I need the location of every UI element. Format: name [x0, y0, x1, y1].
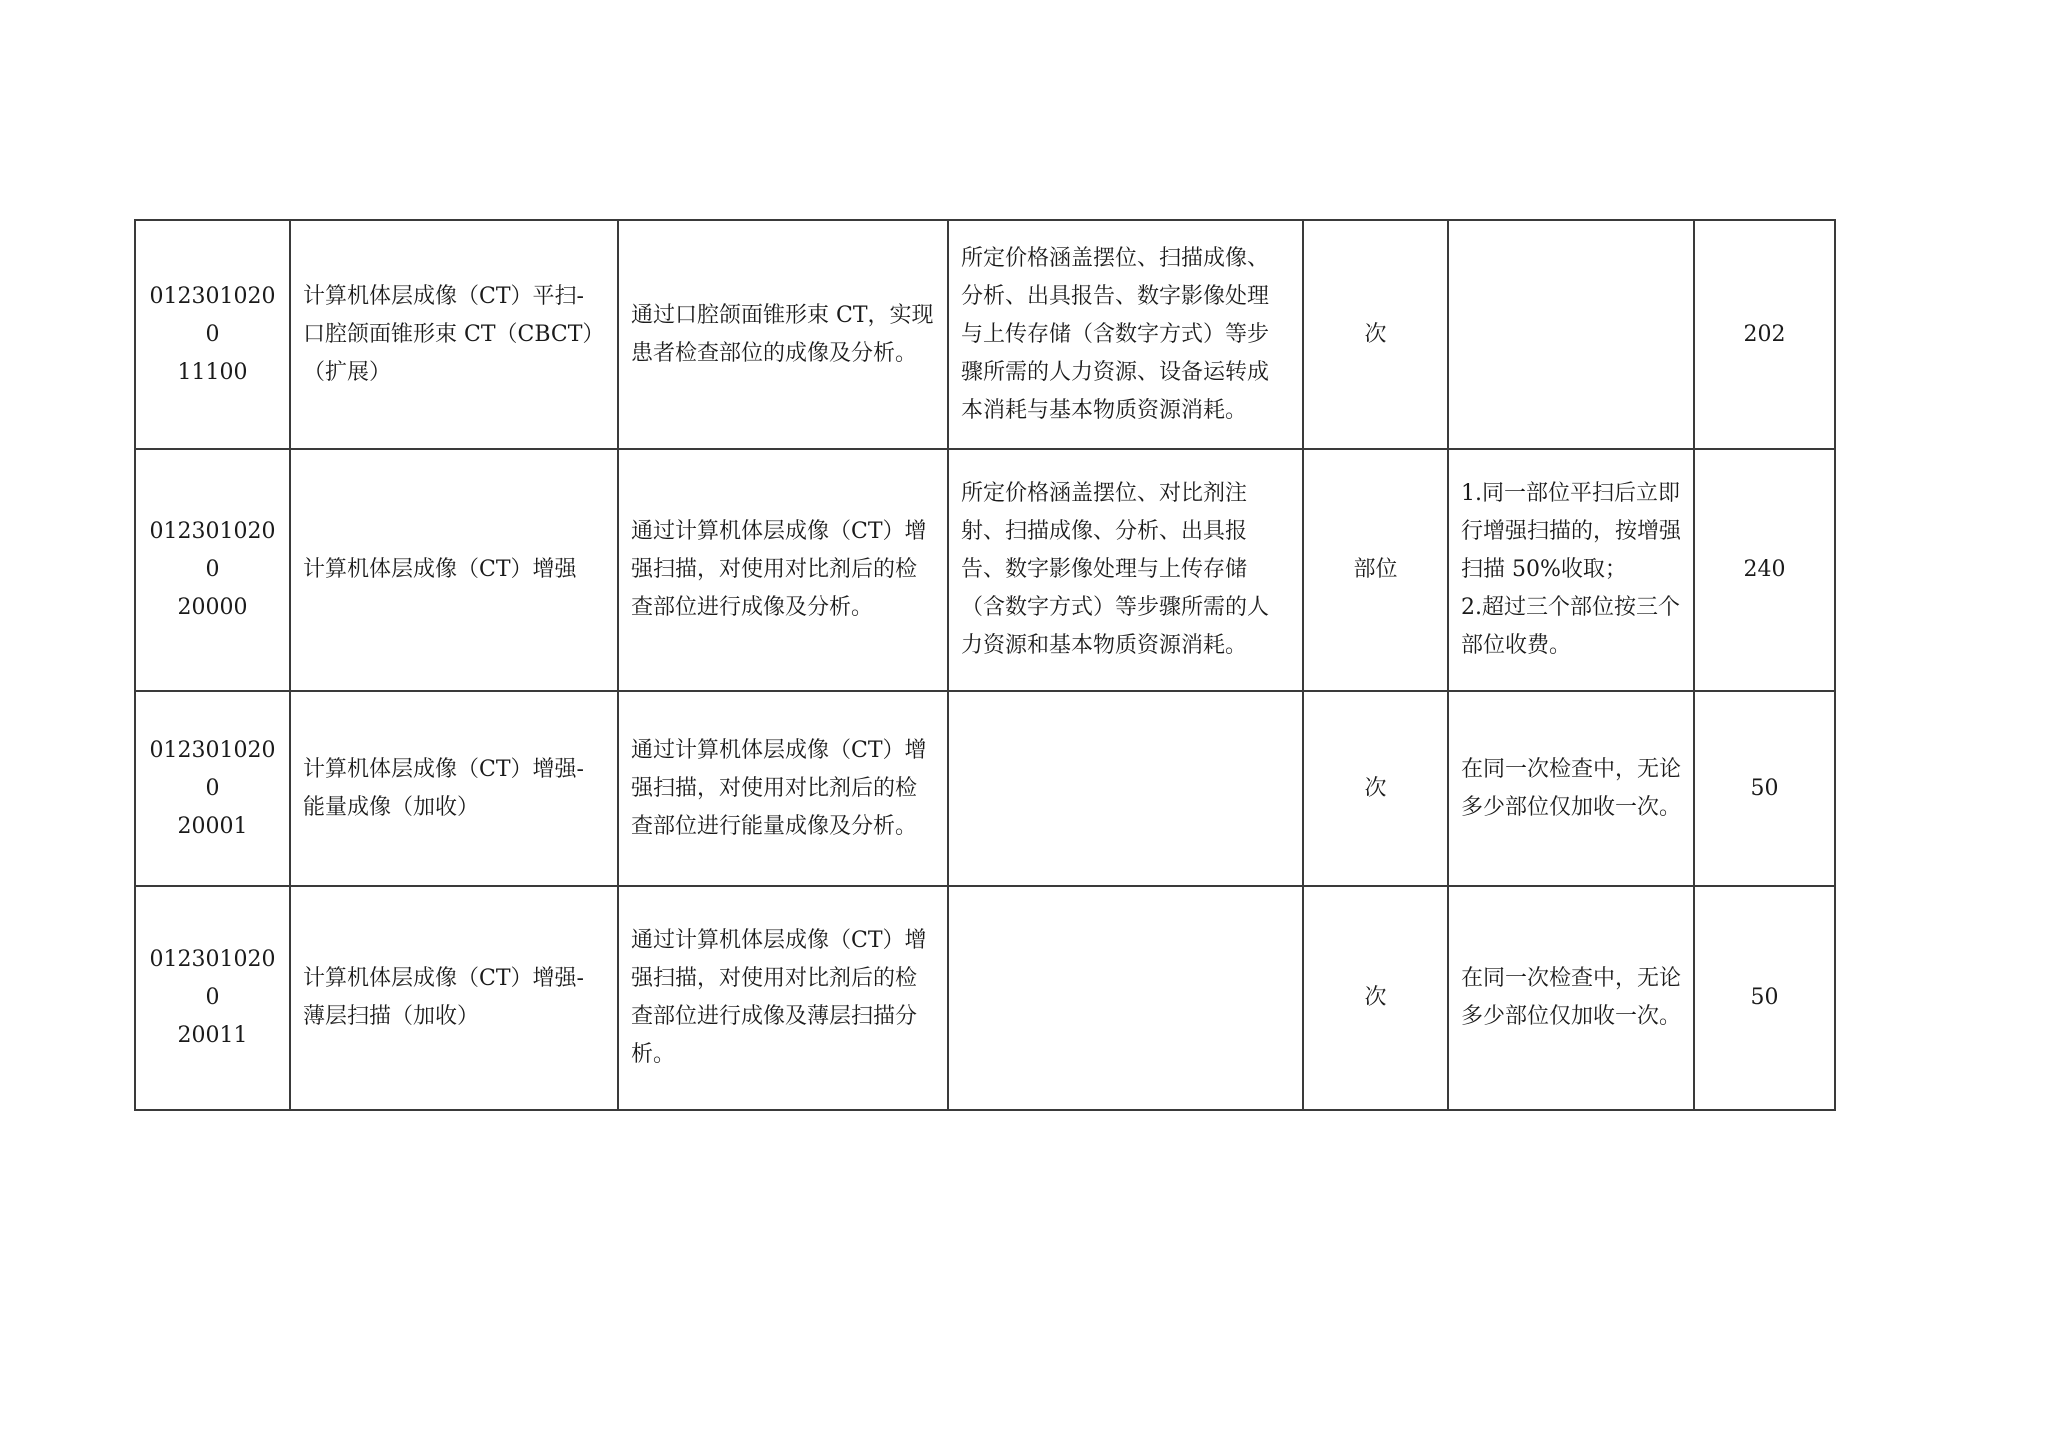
item-name-cell: 计算机体层成像（CT）增强: [290, 449, 618, 691]
cost-scope-cell: 所定价格涵盖摆位、扫描成像、分析、出具报告、数字影像处理与上传存储（含数字方式）…: [948, 220, 1303, 449]
cost-scope-cell: [948, 691, 1303, 886]
item-name-cell: 计算机体层成像（CT）增强-薄层扫描（加收）: [290, 886, 618, 1110]
note-cell: [1448, 220, 1694, 449]
pricing-unit-cell: 次: [1303, 220, 1448, 449]
price-cell: 50: [1694, 886, 1835, 1110]
note-line-1: 在同一次检查中，无论多少部位仅加收一次。: [1461, 960, 1681, 1036]
item-code-cell: 0123010200 11100: [135, 220, 290, 449]
note-cell: 在同一次检查中，无论多少部位仅加收一次。: [1448, 691, 1694, 886]
item-name-cell: 计算机体层成像（CT）增强-能量成像（加收）: [290, 691, 618, 886]
document-page: 0123010200 11100 计算机体层成像（CT）平扫-口腔颌面锥形束 C…: [0, 0, 2048, 1448]
service-content-cell: 通过计算机体层成像（CT）增强扫描，对使用对比剂后的检查部位进行成像及分析。: [618, 449, 948, 691]
note-line-1: 在同一次检查中，无论多少部位仅加收一次。: [1461, 751, 1681, 827]
item-code-cell: 0123010200 20001: [135, 691, 290, 886]
table-row: 0123010200 20000 计算机体层成像（CT）增强 通过计算机体层成像…: [135, 449, 1835, 691]
table-row: 0123010200 20001 计算机体层成像（CT）增强-能量成像（加收） …: [135, 691, 1835, 886]
item-code-cell: 0123010200 20000: [135, 449, 290, 691]
item-code-part1: 0123010200: [148, 513, 277, 589]
cost-scope-cell: [948, 886, 1303, 1110]
service-content-cell: 通过口腔颌面锥形束 CT，实现患者检查部位的成像及分析。: [618, 220, 948, 449]
cost-scope-cell: 所定价格涵盖摆位、对比剂注射、扫描成像、分析、出具报告、数字影像处理与上传存储（…: [948, 449, 1303, 691]
service-content-cell: 通过计算机体层成像（CT）增强扫描，对使用对比剂后的检查部位进行成像及薄层扫描分…: [618, 886, 948, 1110]
pricing-unit-cell: 部位: [1303, 449, 1448, 691]
item-code-part2: 20011: [148, 1017, 277, 1055]
price-cell: 202: [1694, 220, 1835, 449]
item-name-cell: 计算机体层成像（CT）平扫-口腔颌面锥形束 CT（CBCT）（扩展）: [290, 220, 618, 449]
pricing-unit-cell: 次: [1303, 691, 1448, 886]
price-cell: 240: [1694, 449, 1835, 691]
item-code-part1: 0123010200: [148, 941, 277, 1017]
item-code-part1: 0123010200: [148, 278, 277, 354]
service-content-cell: 通过计算机体层成像（CT）增强扫描，对使用对比剂后的检查部位进行能量成像及分析。: [618, 691, 948, 886]
item-code-part1: 0123010200: [148, 732, 277, 808]
note-cell: 1.同一部位平扫后立即行增强扫描的，按增强扫描 50%收取； 2.超过三个部位按…: [1448, 449, 1694, 691]
note-line-1: 1.同一部位平扫后立即行增强扫描的，按增强扫描 50%收取；: [1461, 475, 1681, 589]
table-row: 0123010200 20011 计算机体层成像（CT）增强-薄层扫描（加收） …: [135, 886, 1835, 1110]
pricing-unit-cell: 次: [1303, 886, 1448, 1110]
note-cell: 在同一次检查中，无论多少部位仅加收一次。: [1448, 886, 1694, 1110]
medical-service-price-table: 0123010200 11100 计算机体层成像（CT）平扫-口腔颌面锥形束 C…: [134, 219, 1836, 1111]
item-code-part2: 20001: [148, 808, 277, 846]
item-code-part2: 20000: [148, 589, 277, 627]
item-code-cell: 0123010200 20011: [135, 886, 290, 1110]
price-cell: 50: [1694, 691, 1835, 886]
table-row: 0123010200 11100 计算机体层成像（CT）平扫-口腔颌面锥形束 C…: [135, 220, 1835, 449]
note-line-2: 2.超过三个部位按三个部位收费。: [1461, 589, 1681, 665]
item-code-part2: 11100: [148, 354, 277, 392]
